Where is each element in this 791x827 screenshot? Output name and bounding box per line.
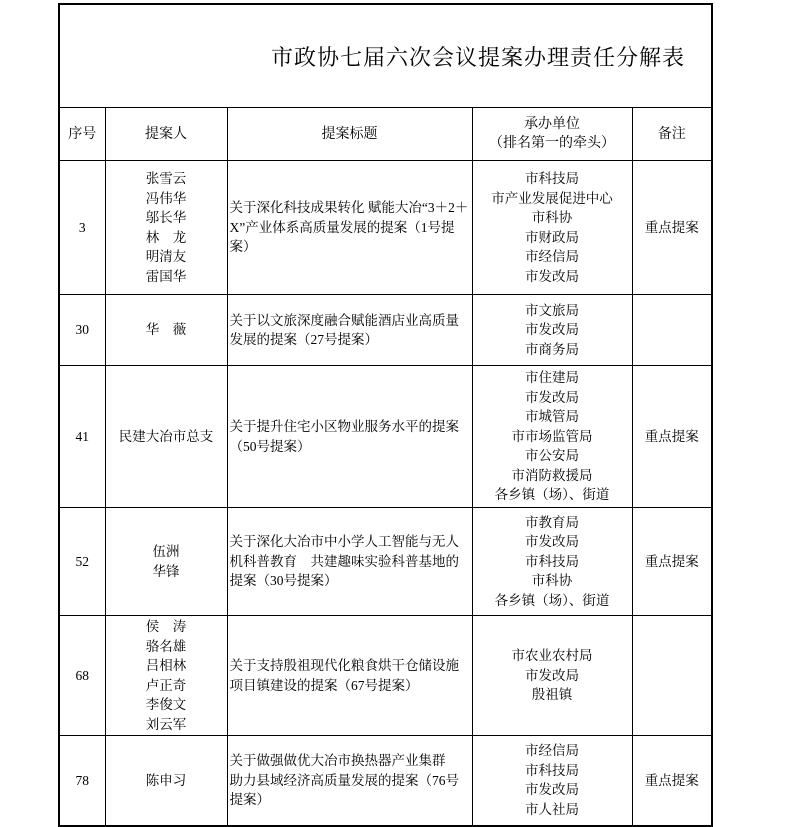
cell-proposers: 侯 涛 骆名雄 吕相林 卢正奇 李俊文 刘云军	[105, 616, 227, 736]
cell-proposal-title: 关于支持殷祖现代化粮食烘干仓储设施项目镇建设的提案（67号提案）	[227, 616, 472, 736]
cell-proposal-title: 关于深化大冶市中小学人工智能与无人机科普教育 共建趣味实验科普基地的提案（30号…	[227, 508, 472, 616]
table-row: 41 民建大冶市总支 关于提升住宅小区物业服务水平的提案（50号提案） 市住建局…	[59, 366, 712, 508]
cell-remark: 重点提案	[632, 508, 712, 616]
col-header-proposal-title: 提案标题	[227, 108, 472, 161]
cell-units: 市科技局 市产业发展促进中心 市科协 市财政局 市经信局 市发改局	[472, 161, 632, 295]
document-page: 市政协七届六次会议提案办理责任分解表 序号 提案人 提案标题 承办单位 （排名第…	[58, 3, 713, 827]
proposal-table: 市政协七届六次会议提案办理责任分解表 序号 提案人 提案标题 承办单位 （排名第…	[58, 3, 713, 827]
cell-proposers: 陈申习	[105, 736, 227, 826]
table-row: 78 陈申习 关于做强做优大冶市换热器产业集群 助力县域经济高质量发展的提案（7…	[59, 736, 712, 826]
cell-proposers: 伍洲 华锋	[105, 508, 227, 616]
table-row: 30 华 薇 关于以文旅深度融合赋能酒店业高质量发展的提案（27号提案） 市文旅…	[59, 295, 712, 366]
cell-units: 市教育局 市发改局 市科技局 市科协 各乡镇（场）、街道	[472, 508, 632, 616]
cell-units: 市农业农村局 市发改局 殷祖镇	[472, 616, 632, 736]
cell-proposal-title: 关于做强做优大冶市换热器产业集群 助力县域经济高质量发展的提案（76号提案）	[227, 736, 472, 826]
table-row: 3 张雪云 冯伟华 邬长华 林 龙 明清友 雷国华 关于深化科技成果转化 赋能大…	[59, 161, 712, 295]
cell-units: 市文旅局 市发改局 市商务局	[472, 295, 632, 366]
col-header-proposers: 提案人	[105, 108, 227, 161]
cell-units: 市经信局 市科技局 市发改局 市人社局	[472, 736, 632, 826]
col-header-unit: 承办单位 （排名第一的牵头）	[472, 108, 632, 161]
cell-no: 78	[59, 736, 105, 826]
header-row: 序号 提案人 提案标题 承办单位 （排名第一的牵头） 备注	[59, 108, 712, 161]
cell-no: 52	[59, 508, 105, 616]
cell-remark: 重点提案	[632, 366, 712, 508]
cell-no: 30	[59, 295, 105, 366]
document-title: 市政协七届六次会议提案办理责任分解表	[61, 41, 710, 72]
cell-no: 68	[59, 616, 105, 736]
cell-remark	[632, 616, 712, 736]
title-row: 市政协七届六次会议提案办理责任分解表	[59, 4, 712, 108]
title-cell: 市政协七届六次会议提案办理责任分解表	[59, 4, 712, 108]
col-header-remark: 备注	[632, 108, 712, 161]
cell-remark: 重点提案	[632, 736, 712, 826]
cell-no: 41	[59, 366, 105, 508]
cell-proposers: 民建大冶市总支	[105, 366, 227, 508]
table-row: 52 伍洲 华锋 关于深化大冶市中小学人工智能与无人机科普教育 共建趣味实验科普…	[59, 508, 712, 616]
table-row: 68 侯 涛 骆名雄 吕相林 卢正奇 李俊文 刘云军 关于支持殷祖现代化粮食烘干…	[59, 616, 712, 736]
cell-proposers: 张雪云 冯伟华 邬长华 林 龙 明清友 雷国华	[105, 161, 227, 295]
cell-units: 市住建局 市发改局 市城管局 市市场监管局 市公安局 市消防救援局 各乡镇（场）…	[472, 366, 632, 508]
cell-proposers: 华 薇	[105, 295, 227, 366]
cell-proposal-title: 关于以文旅深度融合赋能酒店业高质量发展的提案（27号提案）	[227, 295, 472, 366]
cell-no: 3	[59, 161, 105, 295]
cell-remark	[632, 295, 712, 366]
col-header-no: 序号	[59, 108, 105, 161]
cell-remark: 重点提案	[632, 161, 712, 295]
cell-proposal-title: 关于提升住宅小区物业服务水平的提案（50号提案）	[227, 366, 472, 508]
cell-proposal-title: 关于深化科技成果转化 赋能大冶“3＋2＋X”产业体系高质量发展的提案（1号提案）	[227, 161, 472, 295]
